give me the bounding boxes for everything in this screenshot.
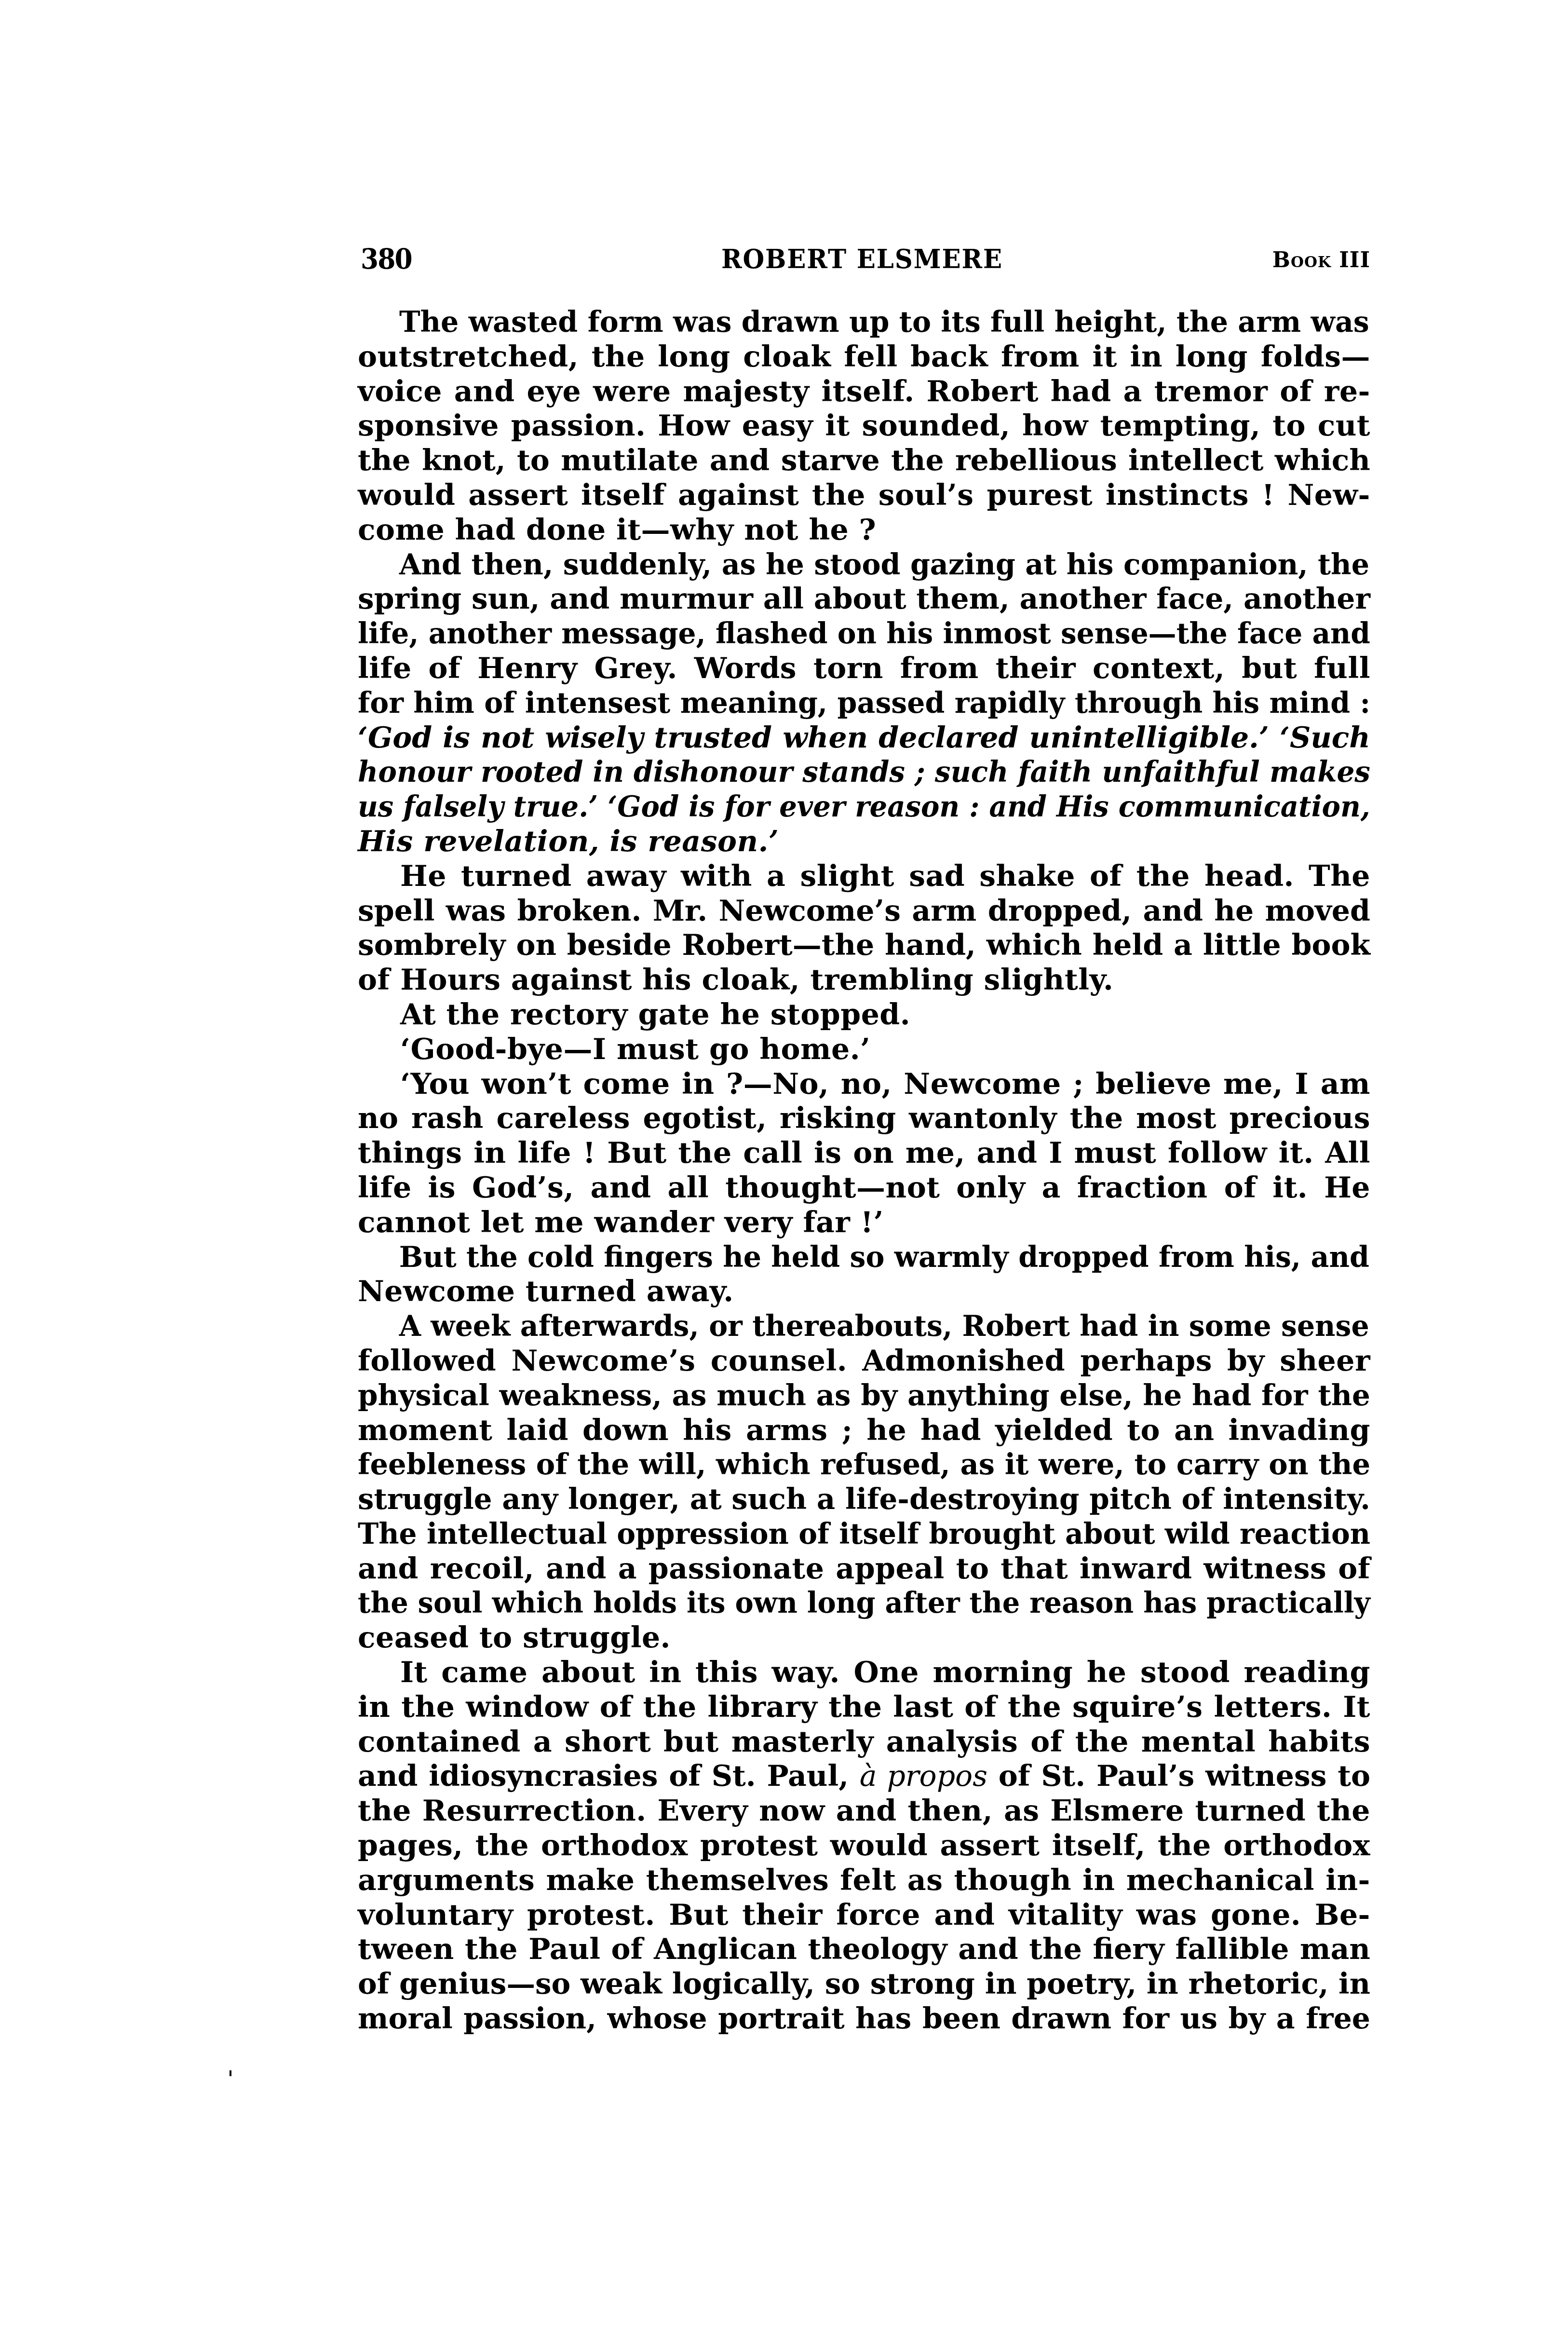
text-line: At the rectory gate he stopped. <box>358 998 1370 1033</box>
text-line: spring sun, and murmur all about them, a… <box>358 582 1367 617</box>
text-line: tween the Paul of Anglican theology and … <box>358 1932 1370 1967</box>
text-line: moral passion, whose portrait has been d… <box>358 2002 1370 2037</box>
text-line: of Hours against his cloak, trembling sl… <box>358 963 1370 998</box>
text-line: pages, the orthodox protest would assert… <box>358 1829 1370 1863</box>
text-line: cannot let me wander very far !’ <box>358 1206 1370 1240</box>
text-line: followed Newcome’s counsel. Admonished p… <box>358 1344 1370 1379</box>
text-line: outstretched, the long cloak fell back f… <box>358 340 1370 375</box>
text-line: voluntary protest. But their force and v… <box>358 1898 1370 1933</box>
text-line: The wasted form was drawn up to its full… <box>358 305 1346 340</box>
text-line: the Resurrection. Every now and then, as… <box>358 1794 1370 1829</box>
text-line: He turned away with a slight sad shake o… <box>358 859 1370 894</box>
book-page: 380 ROBERT ELSMERE Book III The wasted f… <box>0 0 1568 2352</box>
text-line: the soul which holds its own long after … <box>358 1586 1325 1621</box>
text-line: the knot, to mutilate and starve the reb… <box>358 444 1370 478</box>
text-line: ‘Good-bye—I must go home.’ <box>358 1033 1370 1067</box>
text-line: life of Henry Grey. Words torn from thei… <box>358 652 1370 686</box>
text-line: And then, suddenly, as he stood gazing a… <box>358 548 1347 583</box>
text-line: life, another message, flashed on his in… <box>358 617 1339 652</box>
text-line: It came about in this way. One morning h… <box>358 1656 1370 1690</box>
text-line: voice and eye were majesty itself. Rober… <box>358 375 1370 409</box>
text-line: honour rooted in dishonour stands ; such… <box>358 755 1338 790</box>
text-line: The intellectual oppression of itself br… <box>358 1517 1340 1552</box>
text-line: Newcome turned away. <box>358 1275 1370 1309</box>
text-line: moment laid down his arms ; he had yield… <box>358 1414 1370 1448</box>
text-line: and idiosyncrasies of St. Paul, à propos… <box>358 1759 1370 1794</box>
text-line: would assert itself against the soul’s p… <box>358 478 1370 513</box>
text-line: But the cold fingers he held so warmly d… <box>358 1240 1344 1275</box>
body-text: The wasted form was drawn up to its full… <box>358 305 1370 2037</box>
text-line: things in life ! But the call is on me, … <box>358 1136 1370 1171</box>
text-line: and recoil, and a passionate appeal to t… <box>358 1552 1370 1587</box>
scan-speck <box>230 2070 231 2076</box>
text-line: ceased to struggle. <box>358 1621 1370 1656</box>
text-line: struggle any longer, at such a life-dest… <box>358 1482 1359 1517</box>
text-line: sponsive passion. How easy it sounded, h… <box>358 409 1370 444</box>
italic-phrase: à propos <box>860 1759 987 1793</box>
text-line: in the window of the library the last of… <box>358 1690 1370 1725</box>
text-line: for him of intensest meaning, passed rap… <box>358 686 1345 721</box>
text-line: ‘God is not wisely trusted when declared… <box>358 721 1370 756</box>
text-line: sombrely on beside Robert—the hand, whic… <box>358 928 1370 963</box>
text-line: us falsely true.’ ‘God is for ever reaso… <box>358 790 1329 825</box>
text-line: come had done it—why not he ? <box>358 513 1370 548</box>
text-line: His revelation, is reason.’ <box>358 825 1370 859</box>
text-line: physical weakness, as much as by anythin… <box>358 1379 1361 1414</box>
book-title: ROBERT ELSMERE <box>720 244 1004 274</box>
running-head: 380 ROBERT ELSMERE Book III <box>358 244 1370 274</box>
text-line: contained a short but masterly analysis … <box>358 1725 1370 1760</box>
text-line: arguments make themselves felt as though… <box>358 1863 1370 1898</box>
text-line: life is God’s, and all thought—not only … <box>358 1171 1370 1206</box>
text-line: spell was broken. Mr. Newcome’s arm drop… <box>358 894 1370 929</box>
text-line: feebleness of the will, which refused, a… <box>358 1448 1355 1482</box>
page-number: 380 <box>361 244 412 274</box>
text-line: A week afterwards, or thereabouts, Rober… <box>358 1309 1344 1344</box>
book-section: Book III <box>1272 246 1370 274</box>
text-line: of genius—so weak logically, so strong i… <box>358 1967 1363 2002</box>
text-line: no rash careless egotist, risking wanton… <box>358 1101 1370 1136</box>
text-line: ‘You won’t come in ?—No, no, Newcome ; b… <box>358 1067 1370 1102</box>
